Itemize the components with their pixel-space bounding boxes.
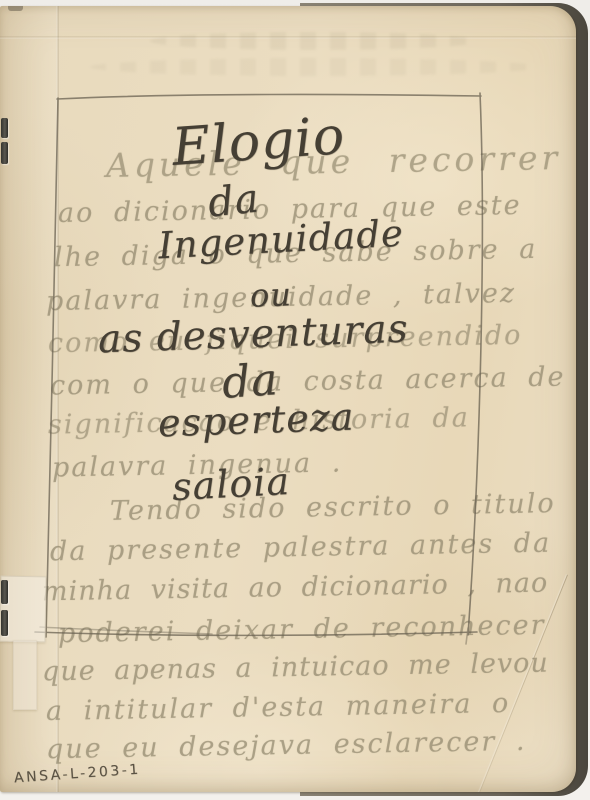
title-line-esperteza: esperteza xyxy=(157,395,355,446)
staple-top xyxy=(1,118,8,138)
paper-sheet: Aquele que recorrer ao dicionario para q… xyxy=(0,6,576,792)
title-line-saloia: saloia xyxy=(171,459,291,509)
scanned-notebook-page: Aquele que recorrer ao dicionario para q… xyxy=(0,0,590,800)
tape-patch xyxy=(13,640,37,710)
staple-bottom xyxy=(1,580,8,604)
staple-bottom xyxy=(1,610,8,636)
staple-top xyxy=(1,142,8,164)
binding-mark xyxy=(8,6,23,11)
title-line-elogio: Elogio xyxy=(170,106,347,178)
title-line-ou: ou xyxy=(249,275,292,314)
